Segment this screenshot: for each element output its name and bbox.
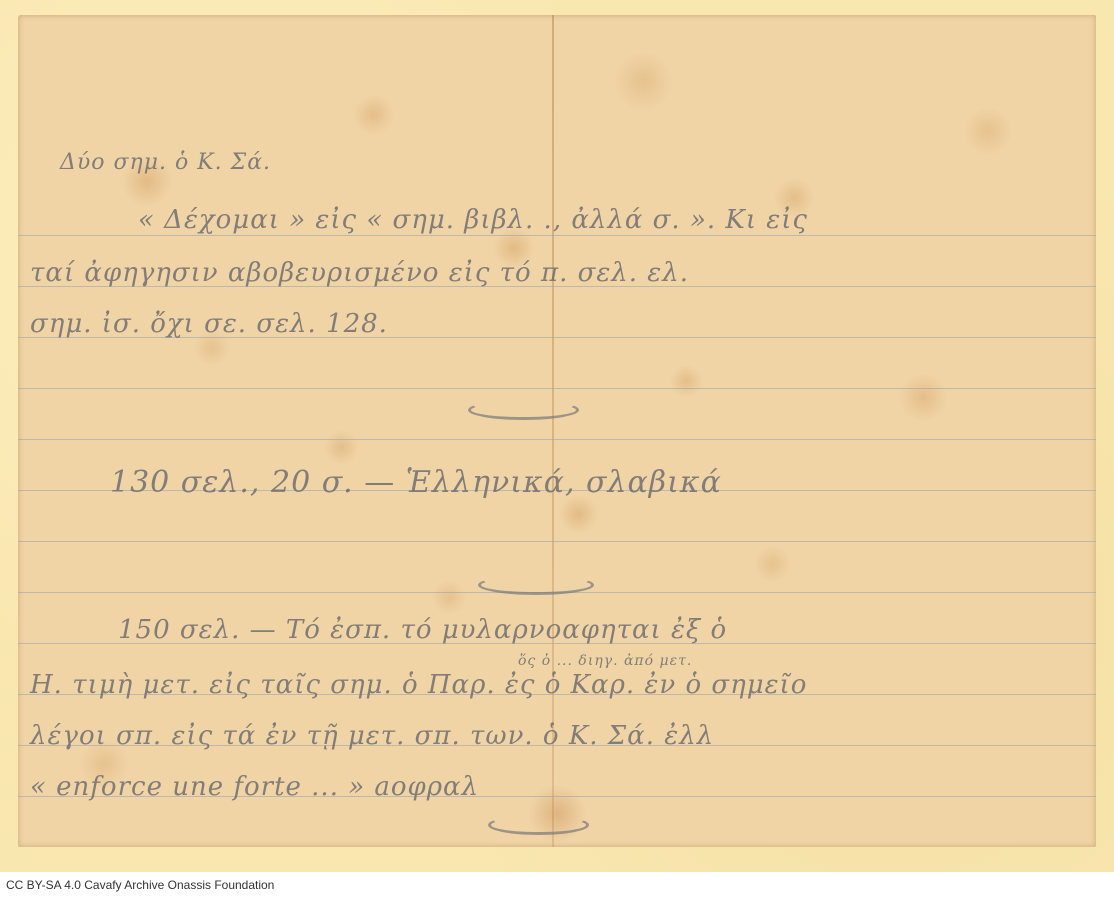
manuscript-page: Δύο σημ. ὁ Κ. Σά. « Δέχομαι » εἰς « σημ.… xyxy=(18,15,1096,847)
handwritten-line: 150 σελ. — Τό ἐσπ. τό μυλαρνοαφηται ἐξ ὁ xyxy=(118,615,727,645)
ruled-line xyxy=(18,388,1096,389)
separator-flourish xyxy=(478,575,594,595)
handwritten-line: « enforce une forte ... » aoφραλ xyxy=(30,772,479,802)
ruled-line xyxy=(18,235,1096,236)
handwritten-line: λέγοι σπ. εἰς τά ἐν τῇ μετ. σπ. των. ὁ Κ… xyxy=(30,721,714,751)
separator-flourish xyxy=(468,400,579,420)
ruled-line xyxy=(18,439,1096,440)
ruled-line xyxy=(18,541,1096,542)
separator-flourish xyxy=(488,815,589,835)
handwritten-line: ταί ἀφηγησιν αβοβευρισμένο εἰς τό π. σελ… xyxy=(30,258,689,288)
interlinear-annotation: ὅς ὁ ... διηγ. ἀπό μετ. xyxy=(518,653,692,669)
handwritten-header: Δύο σημ. ὁ Κ. Σά. xyxy=(60,150,271,175)
handwritten-line: Η. τιμὴ μετ. εἰς ταῖς σημ. ὁ Παρ. ἐς ὁ Κ… xyxy=(30,670,807,700)
handwritten-line: « Δέχομαι » εἰς « σημ. βιβλ. ., ἀλλά σ. … xyxy=(138,205,808,235)
handwritten-line: 130 σελ., 20 σ. — Ἑλληνικά, σλαβικά xyxy=(110,465,722,500)
license-credit: CC BY-SA 4.0 Cavafy Archive Onassis Foun… xyxy=(6,878,274,892)
handwritten-line: σημ. ἰσ. ὄχι σε. σελ. 128. xyxy=(30,309,388,339)
